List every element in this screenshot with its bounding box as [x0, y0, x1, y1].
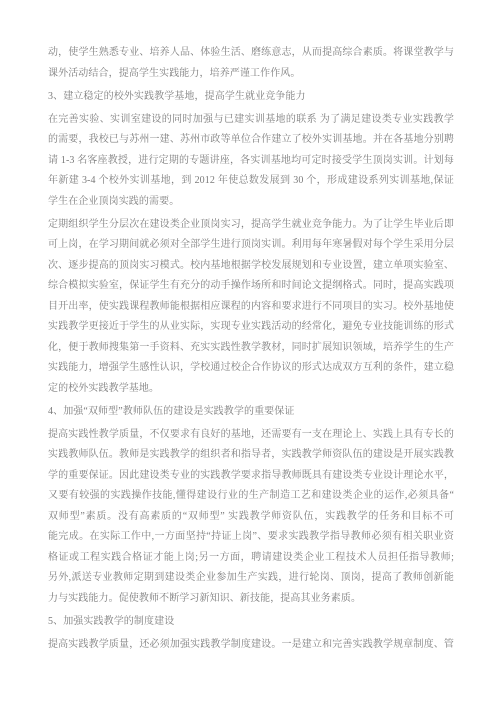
text-line: 定期组织学生分层次在建设类企业顶岗实习，提高学生就业竞争能力。为了让学生毕业后即 [48, 215, 454, 236]
paragraph: 提高实践性教学质量，不仅要求有良好的基地，还需要有一支在理论上、实践上具有专长的… [48, 425, 454, 610]
section-heading: 5、加强实践教学的制度建设 [48, 612, 454, 633]
text-line: 学生在企业顶岗实践的需要。 [48, 192, 454, 213]
text-line: 化，便于教师搜集第一手资料、充实实践性教学教材，同时扩展知识领域，培养学生的生产 [48, 338, 454, 359]
text-line: 力与实践能力。促使教师不断学习新知识、新技能，提高其业务素质。 [48, 589, 454, 610]
section-heading-block: 4、加强“双师型”教师队伍的建设是实践教学的重要保证 [48, 402, 454, 423]
document-page: 动，使学生熟悉专业、培养人品、体验生活、磨练意志，从而提高综合素质。将课堂教学与… [0, 0, 500, 707]
text-line: 能完成。在实际工作中,一方面坚持“持证上岗”、要求实践教学指导教师必须有相关职业… [48, 527, 454, 548]
text-line: 在完善实验、实训室建设的同时加强与已建实训基地的联系 为了满足建设类专业实践教学 [48, 110, 454, 131]
text-line: 的需要，我校已与苏州一建、苏州市政等单位合作建立了校外实训基地。并在各基地分别聘 [48, 130, 454, 151]
text-line: 格证或工程实践合格证才能上岗;另一方面，聘请建设类企业工程技术人员担任指导教师; [48, 548, 454, 569]
paragraph: 动，使学生熟悉专业、培养人品、体验生活、磨练意志，从而提高综合素质。将课堂教学与… [48, 43, 454, 84]
text-line: 另外,派送专业教师定期到建设类企业参加生产实践，进行轮岗、顶岗，提高了教师创新能 [48, 568, 454, 589]
section-heading-block: 5、加强实践教学的制度建设 [48, 612, 454, 633]
text-line: 定的校外实践教学基地。 [48, 379, 454, 400]
text-line: 次、逐步提高的顶岗实习模式。校内基地根据学校发展规划和专业设置，建立单项实验室、 [48, 256, 454, 277]
text-line: 实践能力，增强学生感性认识，学校通过校企合作协议的形式达成双方互利的条件，建立稳 [48, 358, 454, 379]
text-line: 学的重要保证。因此建设类专业的实践教学要求指导教师既具有建设类专业设计理论水平， [48, 466, 454, 487]
text-line: 提高实践教学质量，还必须加强实践教学制度建设。一是建立和完善实践教学规章制度、管 [48, 635, 454, 656]
section-heading-block: 3、建立稳定的校外实践教学基地，提高学生就业竞争能力 [48, 87, 454, 108]
text-line: 实践教学更接近于学生的从业实际，实现专业实践活动的经常化，避免专业技能训练的形式 [48, 317, 454, 338]
text-line: 课外活动结合，提高学生实践能力，培养严谨工作作风。 [48, 64, 454, 85]
text-line: 可上岗，在学习期间就必须对全部学生进行顶岗实训。利用每年寒暑假对每个学生采用分层 [48, 235, 454, 256]
text-line: 又要有较强的实践操作技能,懂得建设行业的生产制造工艺和建设类企业的运作,必须具备… [48, 486, 454, 507]
paragraph: 提高实践教学质量，还必须加强实践教学制度建设。一是建立和完善实践教学规章制度、管 [48, 635, 454, 656]
text-line: 目开出率，使实践课程教师能根据相应课程的内容和要求进行不同项目的实习。校外基地使 [48, 297, 454, 318]
paragraph: 在完善实验、实训室建设的同时加强与已建实训基地的联系 为了满足建设类专业实践教学… [48, 110, 454, 213]
text-line: 动，使学生熟悉专业、培养人品、体验生活、磨练意志，从而提高综合素质。将课堂教学与 [48, 43, 454, 64]
text-line: 提高实践性教学质量，不仅要求有良好的基地，还需要有一支在理论上、实践上具有专长的 [48, 425, 454, 446]
paragraph: 定期组织学生分层次在建设类企业顶岗实习，提高学生就业竞争能力。为了让学生毕业后即… [48, 215, 454, 400]
text-line: 实践教师队伍。教师是实践教学的组织者和指导者，实践教学师资队伍的建设是开展实践教 [48, 445, 454, 466]
text-line: 双师型”素质。没有高素质的“双师型” 实践教学师资队伍，实践教学的任务和目标不可 [48, 507, 454, 528]
section-heading: 4、加强“双师型”教师队伍的建设是实践教学的重要保证 [48, 402, 454, 423]
section-heading: 3、建立稳定的校外实践教学基地，提高学生就业竞争能力 [48, 87, 454, 108]
text-line: 请 1-3 名客座教授，进行定期的专题讲座，各实训基地均可定时接受学生顶岗实训。… [48, 151, 454, 172]
text-line: 年新建 3-4 个校外实训基地，到 2012 年使总数发展到 30 个，形成建设… [48, 171, 454, 192]
text-line: 综合模拟实验室，保证学生有充分的动手操作场所和时间论文提纲格式。同时，提高实践项 [48, 276, 454, 297]
